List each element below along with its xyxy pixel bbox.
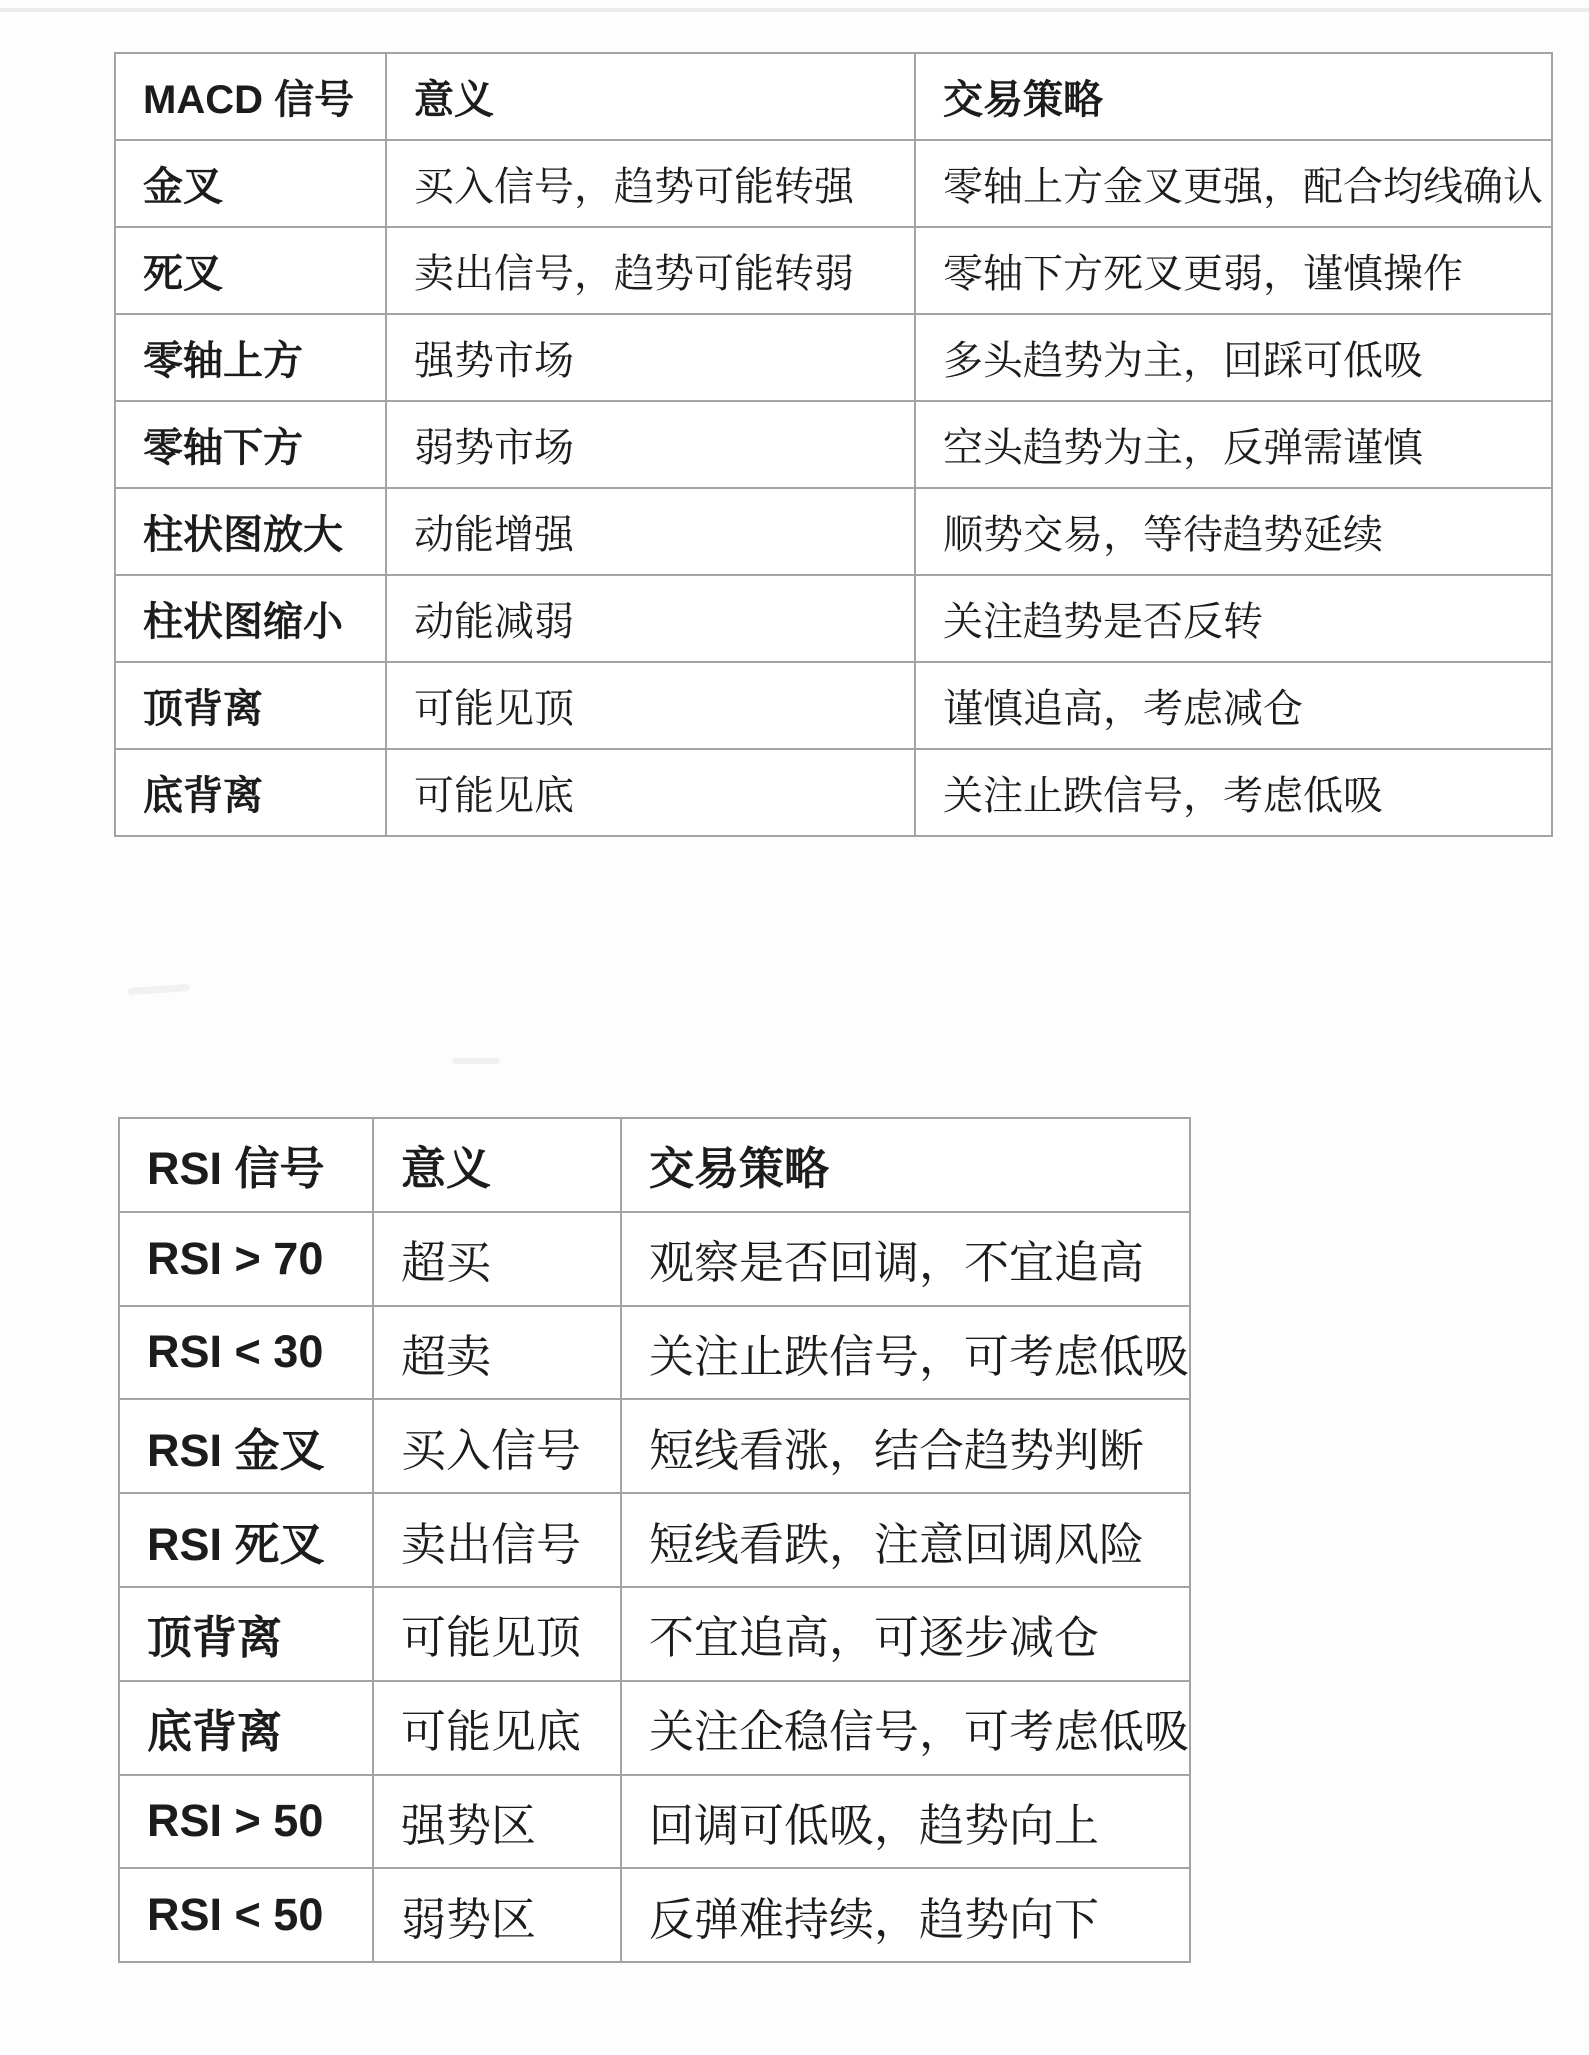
meaning-cell: 可能见底 bbox=[373, 1681, 621, 1775]
strategy-cell: 零轴下方死叉更弱，谨慎操作 bbox=[915, 227, 1552, 314]
signal-cell: 零轴下方 bbox=[115, 401, 386, 488]
strategy-cell: 空头趋势为主，反弹需谨慎 bbox=[915, 401, 1552, 488]
table-row: 底背离可能见底关注企稳信号，可考虑低吸 bbox=[119, 1681, 1190, 1775]
strategy-cell: 回调可低吸，趋势向上 bbox=[621, 1775, 1190, 1869]
header-meaning: 意义 bbox=[386, 53, 915, 140]
strategy-cell: 关注趋势是否反转 bbox=[915, 575, 1552, 662]
signal-cell: RSI < 30 bbox=[119, 1306, 373, 1400]
strategy-cell: 观察是否回调，不宜追高 bbox=[621, 1212, 1190, 1306]
table-row: 死叉卖出信号，趋势可能转弱零轴下方死叉更弱，谨慎操作 bbox=[115, 227, 1552, 314]
table-row: 零轴上方强势市场多头趋势为主，回踩可低吸 bbox=[115, 314, 1552, 401]
strategy-cell: 反弹难持续，趋势向下 bbox=[621, 1868, 1190, 1962]
signal-cell: 柱状图放大 bbox=[115, 488, 386, 575]
meaning-cell: 可能见顶 bbox=[386, 662, 915, 749]
strategy-cell: 不宜追高，可逐步减仓 bbox=[621, 1587, 1190, 1681]
meaning-cell: 强势市场 bbox=[386, 314, 915, 401]
table-row: RSI 金叉买入信号短线看涨，结合趋势判断 bbox=[119, 1399, 1190, 1493]
signal-cell: RSI 金叉 bbox=[119, 1399, 373, 1493]
signal-cell: 底背离 bbox=[115, 749, 386, 836]
strategy-cell: 短线看跌，注意回调风险 bbox=[621, 1493, 1190, 1587]
header-strategy: 交易策略 bbox=[621, 1118, 1190, 1212]
table-row: RSI > 50强势区回调可低吸，趋势向上 bbox=[119, 1775, 1190, 1869]
strategy-cell: 谨慎追高，考虑减仓 bbox=[915, 662, 1552, 749]
table-row: 零轴下方弱势市场空头趋势为主，反弹需谨慎 bbox=[115, 401, 1552, 488]
signal-cell: 顶背离 bbox=[115, 662, 386, 749]
meaning-cell: 超卖 bbox=[373, 1306, 621, 1400]
table-header-row: RSI 信号 意义 交易策略 bbox=[119, 1118, 1190, 1212]
header-strategy: 交易策略 bbox=[915, 53, 1552, 140]
top-divider-line bbox=[0, 8, 1589, 12]
strategy-cell: 关注止跌信号，可考虑低吸 bbox=[621, 1306, 1190, 1400]
table-row: RSI 死叉卖出信号短线看跌，注意回调风险 bbox=[119, 1493, 1190, 1587]
table-row: 底背离可能见底关注止跌信号，考虑低吸 bbox=[115, 749, 1552, 836]
faint-smudge bbox=[128, 984, 190, 995]
rsi-signal-table: RSI 信号 意义 交易策略 RSI > 70超买观察是否回调，不宜追高RSI … bbox=[118, 1117, 1191, 1963]
header-signal: RSI 信号 bbox=[119, 1118, 373, 1212]
meaning-cell: 弱势市场 bbox=[386, 401, 915, 488]
macd-signal-table: MACD 信号 意义 交易策略 金叉买入信号，趋势可能转强零轴上方金叉更强，配合… bbox=[114, 52, 1553, 837]
table-row: 顶背离可能见顶谨慎追高，考虑减仓 bbox=[115, 662, 1552, 749]
table-row: 柱状图缩小动能减弱关注趋势是否反转 bbox=[115, 575, 1552, 662]
meaning-cell: 强势区 bbox=[373, 1775, 621, 1869]
strategy-cell: 顺势交易，等待趋势延续 bbox=[915, 488, 1552, 575]
table-header-row: MACD 信号 意义 交易策略 bbox=[115, 53, 1552, 140]
header-signal: MACD 信号 bbox=[115, 53, 386, 140]
meaning-cell: 买入信号 bbox=[373, 1399, 621, 1493]
strategy-cell: 零轴上方金叉更强，配合均线确认 bbox=[915, 140, 1552, 227]
signal-cell: 柱状图缩小 bbox=[115, 575, 386, 662]
table-row: RSI < 50弱势区反弹难持续，趋势向下 bbox=[119, 1868, 1190, 1962]
signal-cell: 死叉 bbox=[115, 227, 386, 314]
signal-cell: RSI > 50 bbox=[119, 1775, 373, 1869]
signal-cell: 底背离 bbox=[119, 1681, 373, 1775]
table-row: 顶背离可能见顶不宜追高，可逐步减仓 bbox=[119, 1587, 1190, 1681]
strategy-cell: 关注企稳信号，可考虑低吸 bbox=[621, 1681, 1190, 1775]
signal-cell: RSI 死叉 bbox=[119, 1493, 373, 1587]
meaning-cell: 动能增强 bbox=[386, 488, 915, 575]
meaning-cell: 动能减弱 bbox=[386, 575, 915, 662]
meaning-cell: 卖出信号，趋势可能转弱 bbox=[386, 227, 915, 314]
meaning-cell: 买入信号，趋势可能转强 bbox=[386, 140, 915, 227]
header-meaning: 意义 bbox=[373, 1118, 621, 1212]
signal-cell: 顶背离 bbox=[119, 1587, 373, 1681]
strategy-cell: 短线看涨，结合趋势判断 bbox=[621, 1399, 1190, 1493]
signal-cell: RSI < 50 bbox=[119, 1868, 373, 1962]
meaning-cell: 卖出信号 bbox=[373, 1493, 621, 1587]
strategy-cell: 多头趋势为主，回踩可低吸 bbox=[915, 314, 1552, 401]
signal-cell: 金叉 bbox=[115, 140, 386, 227]
meaning-cell: 超买 bbox=[373, 1212, 621, 1306]
signal-cell: 零轴上方 bbox=[115, 314, 386, 401]
meaning-cell: 可能见顶 bbox=[373, 1587, 621, 1681]
meaning-cell: 可能见底 bbox=[386, 749, 915, 836]
table-row: RSI < 30超卖关注止跌信号，可考虑低吸 bbox=[119, 1306, 1190, 1400]
faint-smudge bbox=[452, 1058, 500, 1064]
meaning-cell: 弱势区 bbox=[373, 1868, 621, 1962]
table-row: RSI > 70超买观察是否回调，不宜追高 bbox=[119, 1212, 1190, 1306]
signal-cell: RSI > 70 bbox=[119, 1212, 373, 1306]
strategy-cell: 关注止跌信号，考虑低吸 bbox=[915, 749, 1552, 836]
table-row: 金叉买入信号，趋势可能转强零轴上方金叉更强，配合均线确认 bbox=[115, 140, 1552, 227]
table-row: 柱状图放大动能增强顺势交易，等待趋势延续 bbox=[115, 488, 1552, 575]
